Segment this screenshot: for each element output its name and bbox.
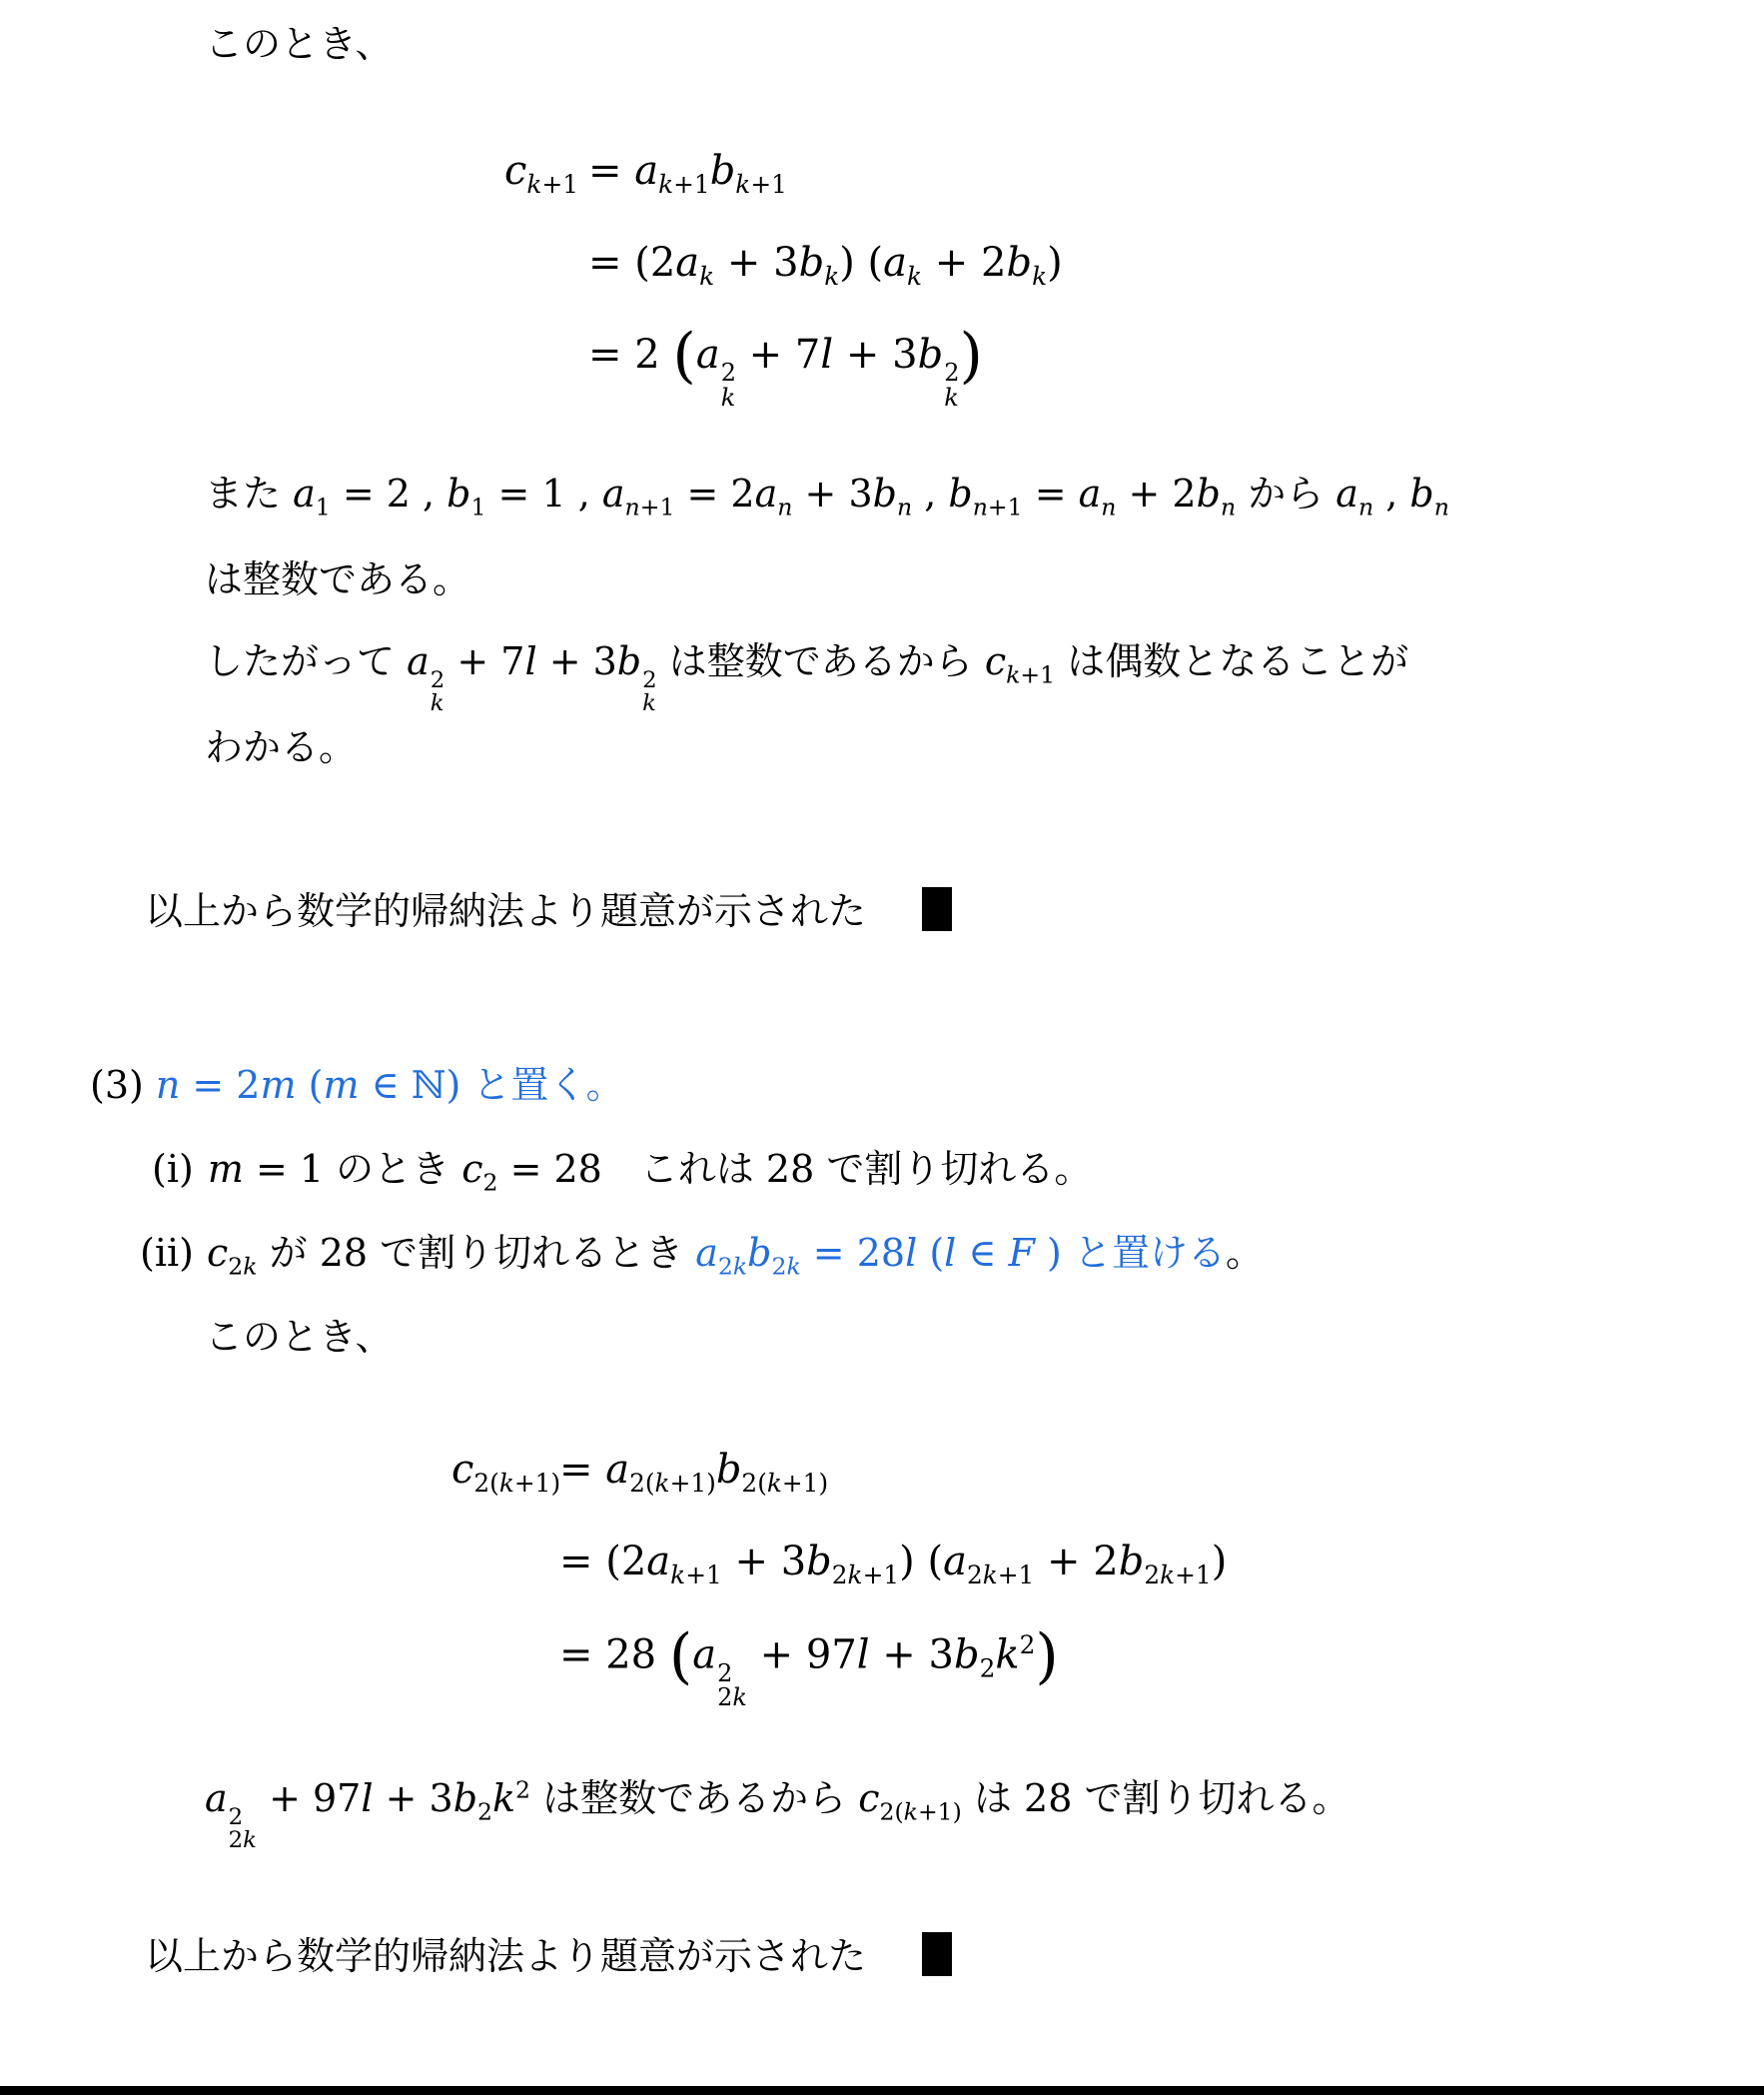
item-text-period: 。: [1226, 1231, 1264, 1275]
equation-row: = 2 (a2k + 7l + 3b2k): [504, 332, 983, 410]
equation-row: c2(k+1)= a2(k+1)b2(k+1): [451, 1447, 828, 1498]
equation-lhs: ck+1: [504, 148, 576, 199]
equation-row: ck+1= ak+1bk+1: [504, 148, 787, 199]
conclusion-text: 以上から数学的帰納法より題意が示された: [145, 1934, 866, 1978]
equation-row: = (2ak+1 + 3b2k+1) (a2k+1 + 2b2k+1): [451, 1539, 1227, 1589]
paragraph-line: は整数である。: [205, 555, 470, 604]
equation-rhs: = a2(k+1)b2(k+1): [559, 1447, 828, 1493]
section-heading-text: n = 2m (m ∈ ℕ) と置く。: [156, 1063, 624, 1107]
intro-line: このとき、: [205, 1313, 393, 1362]
closing-line: a22k + 97l + 3b2k2 は整数であるから c2(k+1) は 28…: [205, 1774, 1349, 1852]
section-3-heading: (3)n = 2m (m ∈ ℕ) と置く。: [90, 1061, 624, 1110]
list-item-i: (i)m = 1 のとき c2 = 28 これは 28 で割り切れる。: [152, 1145, 1092, 1198]
equation-rhs: = ak+1bk+1: [588, 148, 787, 194]
conclusion-line: 以上から数学的帰納法より題意が示された: [145, 887, 952, 936]
qed-square: [922, 1932, 952, 1976]
list-item-ii: (ii)c2k が 28 で割り切れるとき a2kb2k = 28l (l ∈ …: [140, 1229, 1264, 1282]
equation-row: = (2ak + 3bk) (ak + 2bk): [504, 240, 1063, 291]
item-label: (i): [152, 1145, 194, 1194]
qed-square: [922, 887, 952, 931]
item-text-black: c2k が 28 で割り切れるとき: [207, 1231, 695, 1275]
section-label: (3): [90, 1061, 144, 1110]
paragraph-line: また a1 = 2 , b1 = 1 , an+1 = 2an + 3bn , …: [205, 470, 1449, 523]
math-solution-page: このとき、 ck+1= ak+1bk+1 = (2ak + 3bk) (ak +…: [0, 0, 1764, 2095]
item-label: (ii): [140, 1229, 194, 1278]
intro-line: このとき、: [205, 20, 393, 69]
equation-lhs: c2(k+1): [451, 1447, 547, 1498]
equation-row: = 28 (a22k + 97l + 3b2k2): [451, 1630, 1059, 1709]
bottom-edge-bar: [0, 2086, 1764, 2095]
conclusion-text: 以上から数学的帰納法より題意が示された: [145, 889, 866, 933]
item-text: m = 1 のとき c2 = 28 これは 28 で割り切れる。: [208, 1147, 1093, 1191]
item-text-blue: a2kb2k = 28l (l ∈ F ) と置ける: [695, 1231, 1226, 1275]
paragraph-line: わかる。: [205, 723, 357, 772]
paragraph-line: したがって a2k + 7l + 3b2k は整数であるから ck+1 は偶数と…: [205, 637, 1408, 715]
conclusion-line: 以上から数学的帰納法より題意が示された: [145, 1932, 952, 1981]
